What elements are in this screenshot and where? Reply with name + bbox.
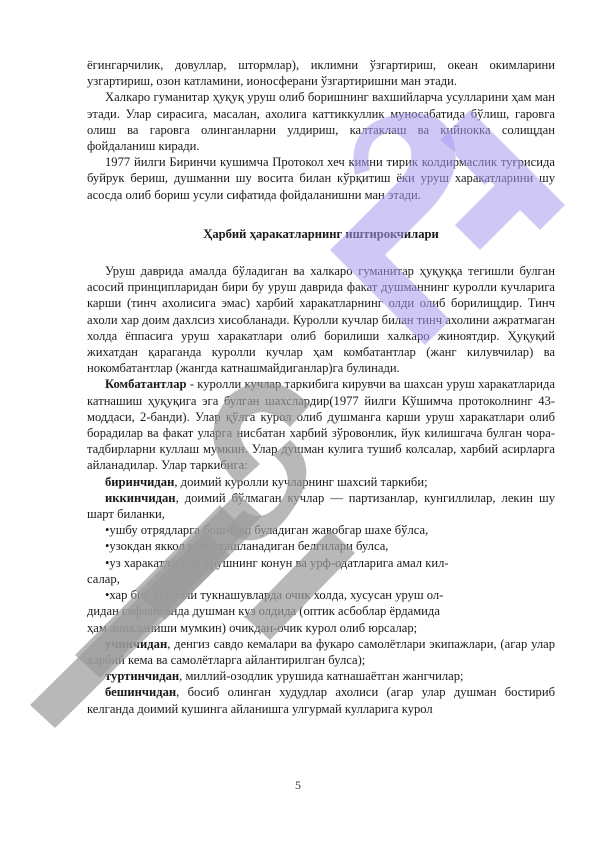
bullet-item: •узокдан яккол кузга ташланадиган белгил… xyxy=(87,538,555,554)
bullet-item-continued: дидан сафланганда душман куз олдида (опт… xyxy=(87,603,555,619)
bullet-item: •уз харакатларида урушнинг конун ва урф-… xyxy=(87,555,555,571)
section-heading: Ҳарбий ҳаракатларнинг иштирокчилари xyxy=(87,226,555,242)
list-item: учинчидан, денгиз савдо кемалари ва фука… xyxy=(87,636,555,668)
bullet-item-continued: салар, xyxy=(87,571,555,587)
term: туртинчидан xyxy=(105,669,179,683)
term: учинчидан xyxy=(105,637,167,651)
bullet-item-continued: ҳам аникланиши мумкин) очикдан-очик куро… xyxy=(87,620,555,636)
list-item: иккинчидан, доимий бўлмаган кучлар — пар… xyxy=(87,490,555,522)
list-item: бешинчидан, босиб олинган худудлар ахоли… xyxy=(87,684,555,716)
list-item: биринчидан, доимий куролли кучларнинг ша… xyxy=(87,474,555,490)
document-page: ёгингарчилик, довуллар, штормлар), иклим… xyxy=(0,0,596,842)
bullet-item: •ушбу отрядларга бош-кош буладиган жавоб… xyxy=(87,522,555,538)
page-number: 5 xyxy=(0,778,596,793)
paragraph: Уруш даврида амалда бўладиган ва халкаро… xyxy=(87,263,555,376)
list-item: туртинчидан, миллий-озодлик урушида катн… xyxy=(87,668,555,684)
term: биринчидан xyxy=(105,475,174,489)
definition: - куролли кучлар таркибига кирувчи ва ша… xyxy=(87,377,555,472)
term: Комбатантлар xyxy=(105,377,187,391)
term: иккинчидан xyxy=(105,491,176,505)
page-content: ёгингарчилик, довуллар, штормлар), иклим… xyxy=(87,57,555,717)
bullet-item: •хар бир куролли тукнашувларда очик холд… xyxy=(87,587,555,603)
paragraph-combatants: Комбатантлар - куролли кучлар таркибига … xyxy=(87,376,555,473)
paragraph: Халкаро гуманитар ҳуқуқ уруш олиб боришн… xyxy=(87,89,555,154)
term: бешинчидан xyxy=(105,685,176,699)
paragraph: ёгингарчилик, довуллар, штормлар), иклим… xyxy=(87,57,555,89)
list-text: , миллий-озодлик урушида катнашаётган жа… xyxy=(179,669,463,683)
paragraph: 1977 йилги Биринчи кушимча Протокол хеч … xyxy=(87,154,555,203)
list-text: , доимий куролли кучларнинг шахсий тарки… xyxy=(174,475,427,489)
